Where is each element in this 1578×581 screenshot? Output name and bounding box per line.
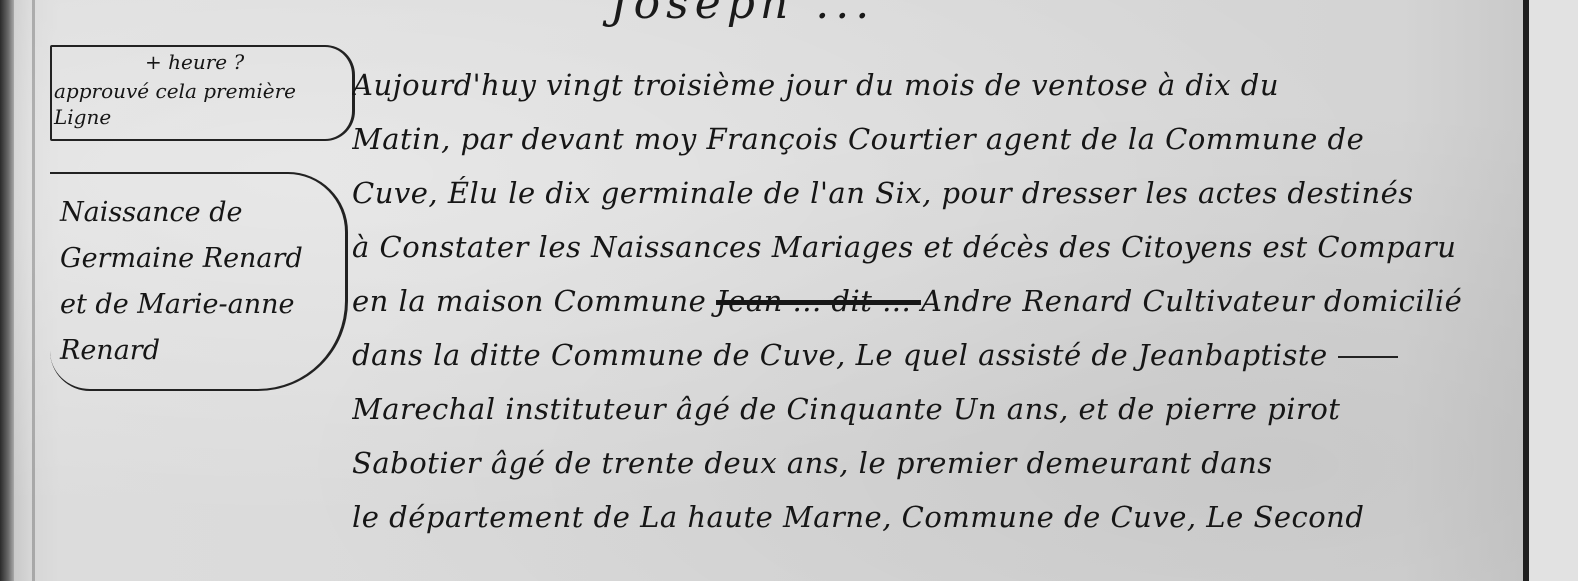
adjacent-page-strip xyxy=(1529,0,1578,581)
record-body: Aujourd'huy vingt troisième jour du mois… xyxy=(352,58,1522,544)
record-line-with-strikeout: en la maison Commune Jean ... dit ... An… xyxy=(352,274,1522,328)
record-line: Cuve, Élu le dix germinale de l'an Six, … xyxy=(352,166,1522,220)
record-line-text: dans la ditte Commune de Cuve, Le quel a… xyxy=(352,338,1328,372)
birth-title-line: Renard xyxy=(60,328,350,374)
record-line: Aujourd'huy vingt troisième jour du mois… xyxy=(352,58,1522,112)
record-line: le département de La haute Marne, Commun… xyxy=(352,490,1522,544)
binding-edge xyxy=(0,0,14,581)
birth-title-line: Naissance de xyxy=(60,190,350,236)
record-line-tail: Andre Renard Cultivateur domicilié xyxy=(921,284,1462,318)
approval-note-text: approuvé cela première Ligne xyxy=(54,78,354,130)
record-line: dans la ditte Commune de Cuve, Le quel a… xyxy=(352,328,1522,382)
record-line: Sabotier âgé de trente deux ans, le prem… xyxy=(352,436,1522,490)
record-line: Marechal instituteur âgé de Cinquante Un… xyxy=(352,382,1522,436)
birth-title-line: et de Marie-anne xyxy=(60,282,350,328)
birth-title-note: Naissance de Germaine Renard et de Marie… xyxy=(60,190,350,374)
scanned-register-page: Joseph ... + heure ? approuvé cela premi… xyxy=(0,0,1578,581)
header-name-fragment: Joseph ... xyxy=(610,0,875,29)
line-filler-dash xyxy=(1338,356,1398,358)
approval-note-superscript: + heure ? xyxy=(145,50,244,74)
record-line: à Constater les Naissances Mariages et d… xyxy=(352,220,1522,274)
record-line-text: en la maison Commune xyxy=(352,284,706,318)
struck-out-text: Jean ... dit ... xyxy=(716,284,921,318)
record-line: Matin, par devant moy François Courtier … xyxy=(352,112,1522,166)
page-fold xyxy=(32,0,35,581)
birth-title-line: Germaine Renard xyxy=(60,236,350,282)
